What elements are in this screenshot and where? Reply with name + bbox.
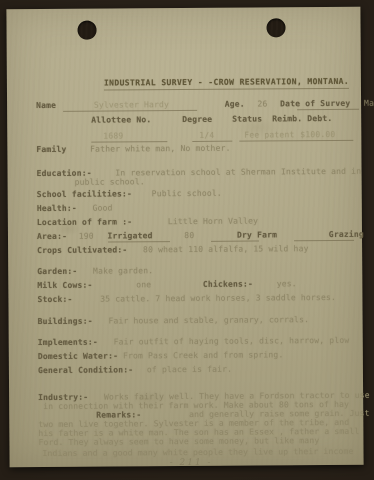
school-facilities-row: School facilities:- Public school. — [37, 189, 222, 199]
rule-degree-line — [192, 140, 232, 142]
education-value-line1: In reservation school at Sherman Institu… — [115, 167, 361, 178]
education-label: Education:- — [37, 169, 92, 178]
domestic-water-label: Domestic Water:- — [38, 351, 118, 361]
milk-cows-row: Milk Cows:- one Chickens:- yes. — [37, 279, 297, 290]
health-value: Good — [93, 204, 113, 213]
status-header: Status — [232, 114, 262, 123]
industry-line6: Ford. They always seem to have some mone… — [38, 436, 319, 447]
crops-label: Crops Cultivated:- — [37, 245, 127, 255]
buildings-label: Buildings:- — [38, 317, 93, 326]
punch-hole-left — [77, 21, 96, 40]
school-facilities-label: School facilities:- — [37, 189, 132, 199]
grazing-label: Grazing — [329, 230, 364, 239]
garden-label: Garden:- — [37, 267, 77, 276]
garden-row: Garden:- Make garden. — [37, 266, 153, 276]
area-label: Area:- — [37, 232, 67, 241]
health-label: Health:- — [37, 204, 77, 213]
implements-value: Fair outfit of haying tools, disc, harro… — [114, 336, 350, 347]
page-number-handwritten: - 211 - — [170, 458, 213, 468]
reimb-debt-value: $100.00 — [300, 130, 335, 139]
irrigated-label: Irrigated — [107, 231, 152, 240]
industry-line7: Indians and a good many white people the… — [42, 447, 353, 458]
chickens-value: yes. — [277, 279, 297, 288]
stock-value: 35 cattle. 7 head work horses, 3 saddle … — [100, 293, 336, 304]
buildings-value: Fair house and stable, granary, corrals. — [108, 315, 309, 325]
general-condition-value: of place is fair. — [147, 365, 232, 375]
milk-cows-value: one — [136, 280, 151, 289]
education-row: Education:- In reservation school at She… — [37, 167, 362, 178]
education-row-2: public school. — [75, 177, 145, 186]
reimb-debt-header: Reimb. Debt. — [272, 114, 332, 123]
age-value: 26 — [257, 99, 267, 108]
page-mark-row: - 211 - — [170, 458, 213, 468]
stock-row: Stock:- 35 cattle. 7 head work horses, 3… — [37, 293, 336, 304]
family-label: Family — [36, 145, 66, 154]
crops-value: 80 wheat 110 alfalfa, 15 wild hay — [143, 244, 309, 254]
health-row: Health:- Good — [37, 204, 113, 214]
age-label: Age. — [225, 100, 245, 109]
punch-hole-right — [266, 18, 285, 37]
rule-allottee-line — [91, 140, 167, 143]
status-value: Fee patent — [244, 130, 294, 139]
rule-dry-farm-line — [211, 239, 259, 241]
milk-cows-label: Milk Cows:- — [37, 281, 92, 290]
irrigated-value: 80 — [184, 231, 194, 240]
document-title: INDUSTRIAL SURVEY - -CROW RESERVATION, M… — [104, 77, 349, 91]
rule-status-line — [239, 139, 353, 142]
area-total-value: 190 — [79, 232, 94, 241]
garden-value: Make garden. — [93, 266, 153, 275]
general-condition-label: General Condition:- — [38, 365, 133, 375]
domestic-water-value: From Pass Creek and from spring. — [123, 350, 284, 360]
general-condition-row: General Condition:- of place is fair. — [38, 365, 232, 375]
family-value: Father white man, No mother. — [90, 144, 231, 154]
rule-name-line — [63, 109, 197, 112]
education-value-line2: public school. — [75, 177, 145, 186]
name-label: Name — [36, 101, 56, 110]
school-facilities-value: Public school. — [152, 189, 222, 198]
buildings-row: Buildings:- Fair house and stable, grana… — [38, 315, 310, 326]
implements-row: Implements:- Fair outfit of haying tools… — [38, 336, 350, 347]
industry-row-6: Ford. They always seem to have some mone… — [38, 436, 319, 447]
stock-label: Stock:- — [37, 295, 72, 304]
industry-row-7: Indians and a good many white people the… — [42, 447, 353, 458]
survey-date-value: May 20 — [364, 99, 374, 108]
rule-irrigated-line — [108, 240, 170, 242]
survey-date-label: Date of Survey — [280, 99, 350, 108]
industry-label: Industry:- — [38, 393, 88, 402]
implements-label: Implements:- — [38, 338, 98, 347]
degree-header: Degree — [182, 115, 212, 124]
rule-survey-date-line — [297, 108, 359, 110]
allottee-no-value: 1689 — [103, 131, 123, 140]
allottee-no-header: Allottee No. — [91, 115, 151, 124]
crops-row: Crops Cultivated:- 80 wheat 110 alfalfa,… — [37, 244, 309, 255]
domestic-water-row: Domestic Water:- From Pass Creek and fro… — [38, 350, 284, 361]
rule-grazing-line — [294, 239, 354, 241]
location-label: Location of farm :- — [37, 217, 132, 227]
dry-farm-label: Dry Farm — [237, 230, 277, 239]
family-row: Family Father white man, No mother. — [36, 144, 230, 154]
location-value: Little Horn Valley — [168, 216, 258, 226]
document-title-row: INDUSTRIAL SURVEY - -CROW RESERVATION, M… — [104, 77, 349, 88]
chickens-label: Chickens:- — [203, 280, 253, 289]
location-row: Location of farm :- Little Horn Valley — [37, 216, 258, 227]
document-page: INDUSTRIAL SURVEY - -CROW RESERVATION, M… — [6, 7, 363, 467]
degree-value: 1/4 — [199, 131, 214, 140]
remarks-label: Remarks:- — [96, 410, 141, 419]
